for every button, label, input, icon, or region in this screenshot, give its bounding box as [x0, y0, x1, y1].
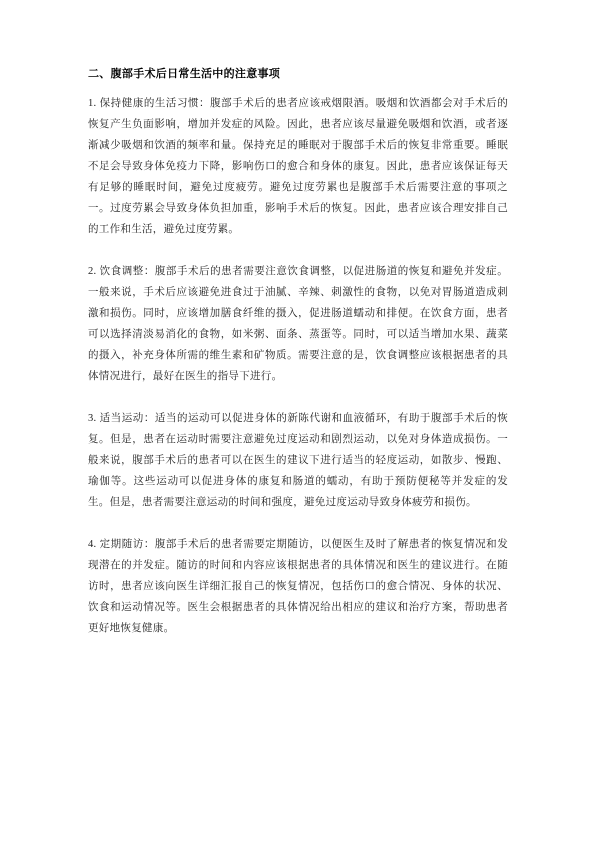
document-content: 二、腹部手术后日常生活中的注意事项 1. 保持健康的生活习惯：腹部手术后的患者应… — [0, 0, 595, 841]
paragraph-regular-followup: 4. 定期随访：腹部手术后的患者需要定期随访，以便医生及时了解患者的恢复情况和发… — [88, 534, 508, 639]
paragraph-diet-adjustment: 2. 饮食调整：腹部手术后的患者需要注意饮食调整，以促进肠道的恢复和避免并发症。… — [88, 261, 508, 387]
paragraph-moderate-exercise: 3. 适当运动：适当的运动可以促进身体的新陈代谢和血液循环，有助于腹部手术后的恢… — [88, 408, 508, 513]
document-page: 二、腹部手术后日常生活中的注意事项 1. 保持健康的生活习惯：腹部手术后的患者应… — [0, 0, 595, 841]
paragraph-healthy-habits: 1. 保持健康的生活习惯：腹部手术后的患者应该戒烟限酒。吸烟和饮酒都会对手术后的… — [88, 93, 508, 240]
document-title: 二、腹部手术后日常生活中的注意事项 — [88, 64, 508, 85]
